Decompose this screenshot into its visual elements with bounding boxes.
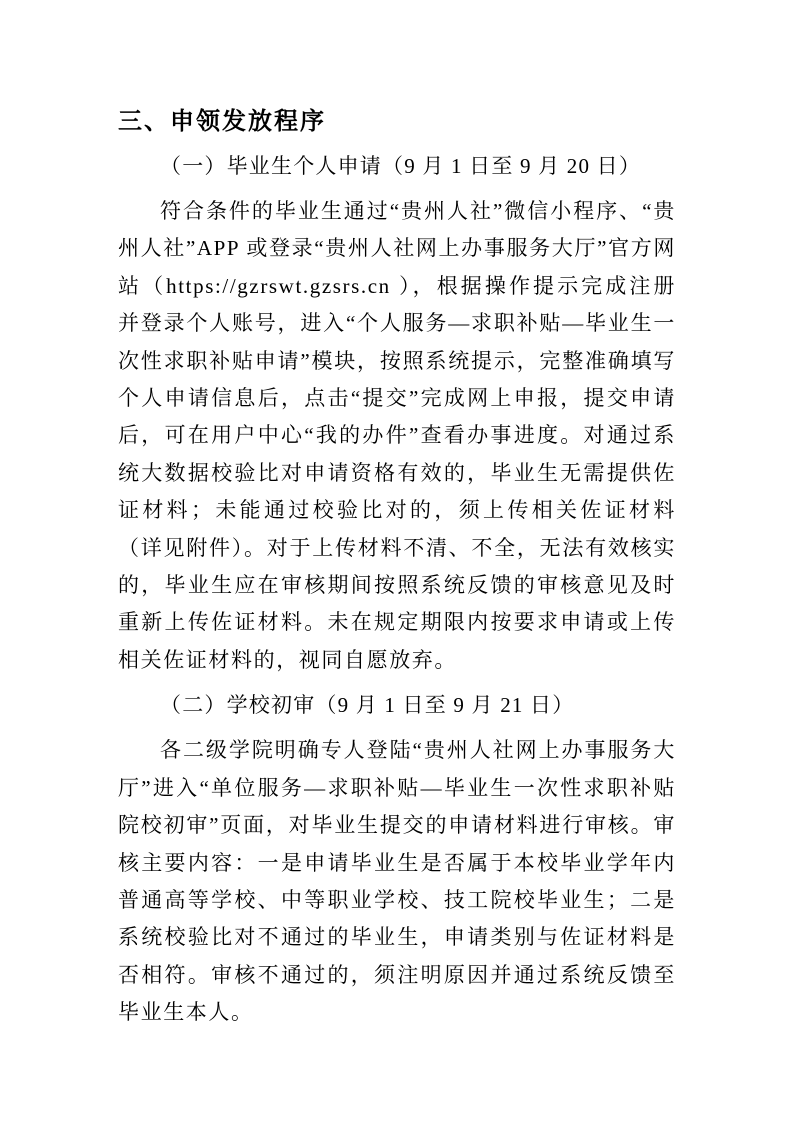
page-title: 三、申领发放程序 (118, 106, 676, 138)
paragraph-school-review: 各二级学院明确专人登陆“贵州人社网上办事服务大厅”进入“单位服务—求职补贴—毕业… (118, 732, 676, 1031)
document-page: 三、申领发放程序 （一）毕业生个人申请（9 月 1 日至 9 月 20 日） 符… (0, 0, 793, 1122)
subheading-school-review: （二）学校初审（9 月 1 日至 9 月 21 日） (118, 687, 676, 724)
paragraph-individual-application: 符合条件的毕业生通过“贵州人社”微信小程序、“贵州人社”APP 或登录“贵州人社… (118, 193, 676, 679)
subheading-individual-application: （一）毕业生个人申请（9 月 1 日至 9 月 20 日） (118, 148, 676, 185)
